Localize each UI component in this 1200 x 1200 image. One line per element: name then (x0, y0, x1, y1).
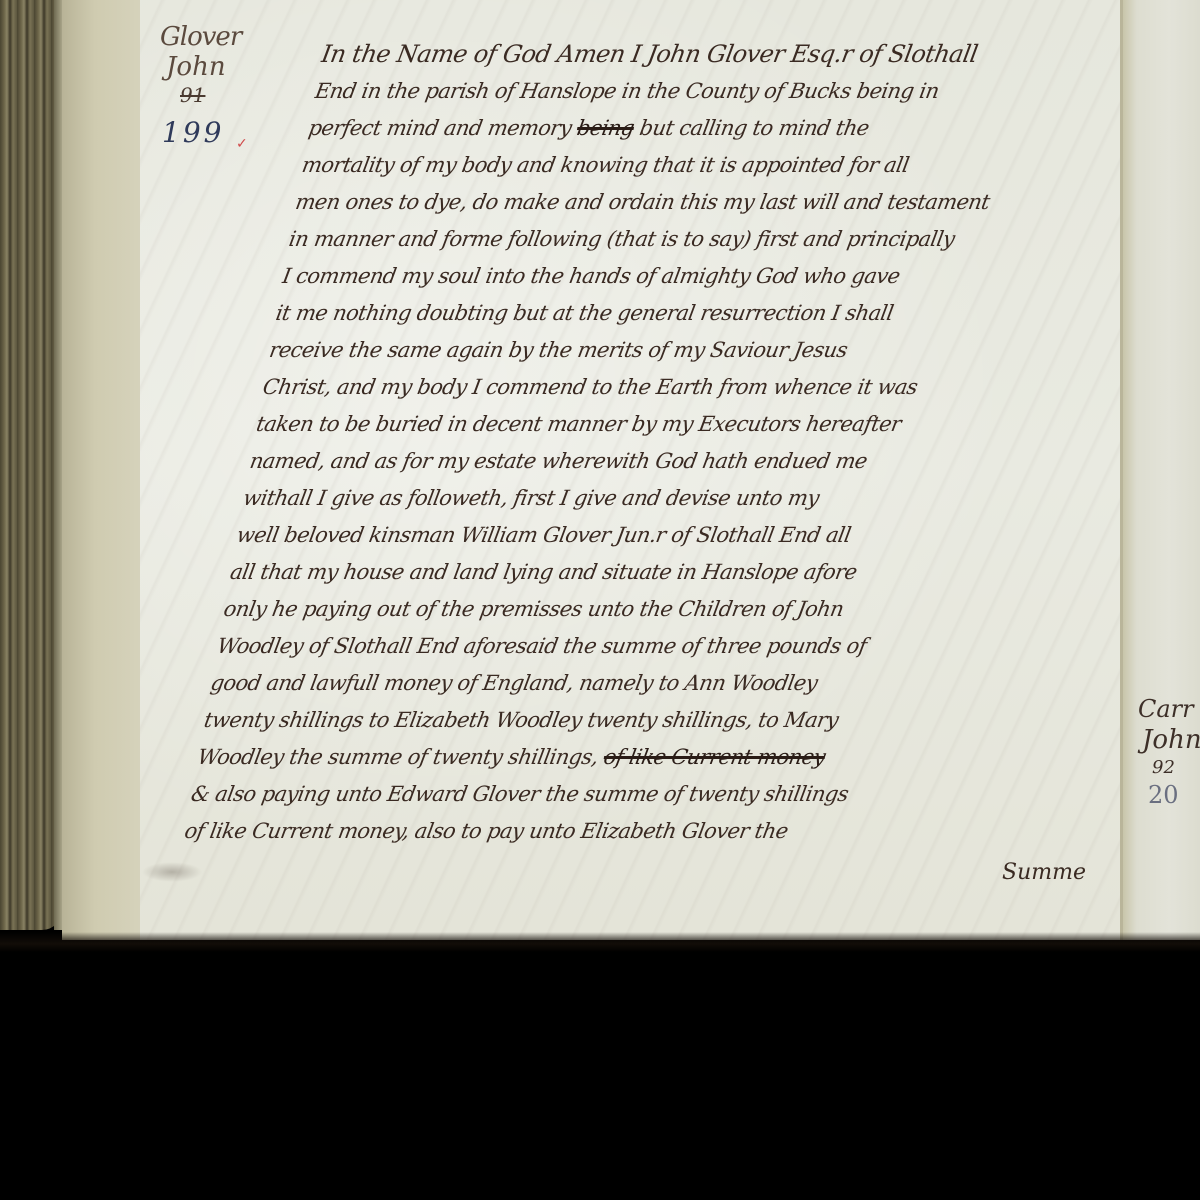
struck-word: being (575, 116, 636, 140)
text-line: of like Current money, also to pay unto … (181, 813, 998, 850)
text-line: & also paying unto Edward Glover the sum… (188, 776, 1005, 813)
binding-gutter (62, 0, 144, 945)
margin-old-folio-number: 91 (180, 82, 260, 108)
text-line: withall I give as followeth, first I giv… (240, 480, 1057, 517)
dark-background (0, 940, 1200, 1200)
right-marginal-note: Carr John 92 20 (1138, 694, 1200, 810)
margin-right-old-number: 92 (1152, 756, 1200, 780)
text-line: in manner and forme following (that is t… (286, 221, 1103, 258)
text-line: good and lawfull money of England, namel… (208, 665, 1025, 702)
text-line: Christ, and my body I commend to the Ear… (260, 369, 1077, 406)
text-line: Woodley of Slothall End aforesaid the su… (214, 628, 1031, 665)
will-text: In the Name of God Amen I John Glover Es… (181, 36, 1135, 850)
text-line: In the Name of God Amen I John Glover Es… (318, 36, 1135, 73)
catchword: Summe (1002, 860, 1086, 885)
margin-right-new-number: 20 (1148, 780, 1200, 810)
margin-surname: Glover (160, 22, 260, 52)
struck-phrase: of like Current money (602, 745, 827, 769)
text-fragment: but calling to mind the (632, 116, 871, 140)
margin-right-given-name: John (1142, 724, 1200, 756)
text-line: well beloved kinsman William Glover Jun.… (234, 517, 1051, 554)
text-line: only he paying out of the premisses unto… (221, 591, 1038, 628)
text-line: mortality of my body and knowing that it… (299, 147, 1116, 184)
ink-smudge (142, 862, 202, 882)
book-page-edges (0, 0, 62, 930)
text-line: it me nothing doubting but at the genera… (273, 295, 1090, 332)
text-line: twenty shillings to Elizabeth Woodley tw… (201, 702, 1018, 739)
left-marginal-note: Glover John 91 199 (160, 22, 260, 150)
red-tick-icon: ✓ (236, 136, 248, 152)
text-line: perfect mind and memory being but callin… (305, 110, 1122, 147)
text-line: Woodley the summe of twenty shillings, o… (195, 739, 1012, 776)
text-fragment: perfect mind and memory (307, 116, 574, 140)
manuscript-photo: Glover John 91 199 ✓ In the Name of God … (0, 0, 1200, 1200)
margin-right-surname: Carr (1138, 694, 1200, 724)
text-line: all that my house and land lying and sit… (227, 554, 1044, 591)
text-line: men ones to dye, do make and ordain this… (292, 184, 1109, 221)
facing-page-edge (1120, 0, 1200, 955)
text-fragment: Woodley the summe of twenty shillings, (196, 745, 600, 769)
text-line: receive the same again by the merits of … (266, 332, 1083, 369)
text-line: taken to be buried in decent manner by m… (253, 406, 1070, 443)
text-line: End in the parish of Hanslope in the Cou… (312, 73, 1129, 110)
text-line: I commend my soul into the hands of almi… (279, 258, 1096, 295)
margin-given-name: John (166, 52, 260, 82)
text-line: named, and as for my estate wherewith Go… (247, 443, 1064, 480)
